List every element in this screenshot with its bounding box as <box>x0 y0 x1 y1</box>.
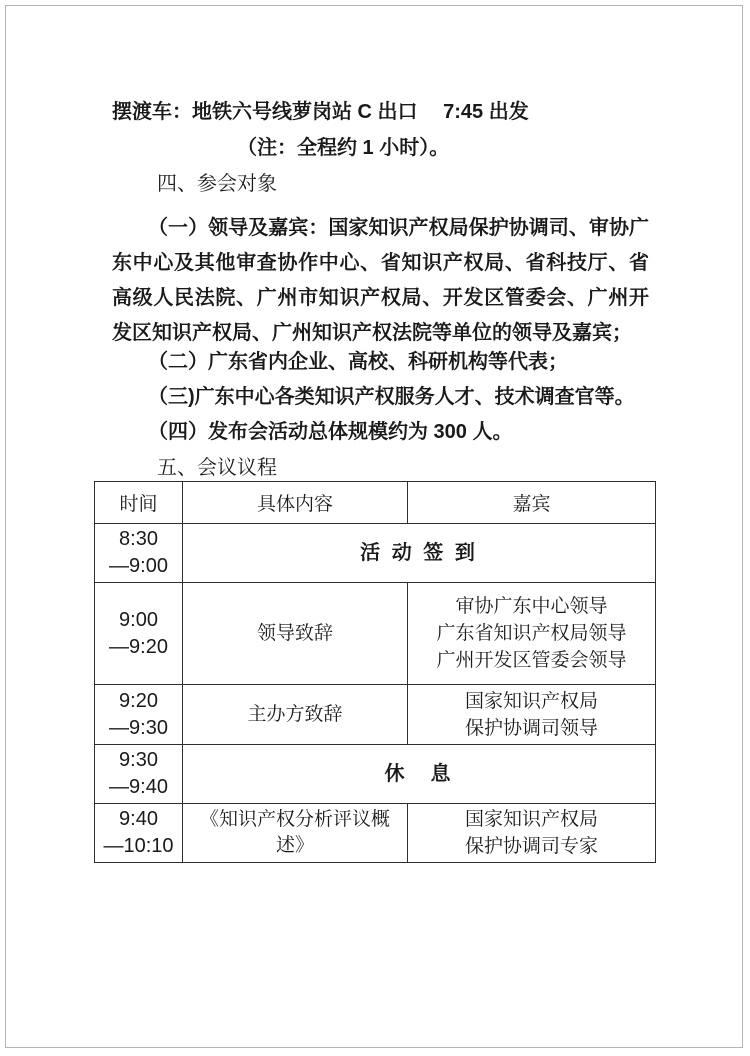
agenda-time-cell: 9:40 —10:10 <box>95 804 183 863</box>
agenda-content-cell: 《知识产权分析评议概述》 <box>183 804 408 863</box>
document-content: 摆渡车：地铁六号线萝岗站 C 出口 7:45 出发 （注：全程约 1 小时）。 … <box>6 6 742 863</box>
document-page: 摆渡车：地铁六号线萝岗站 C 出口 7:45 出发 （注：全程约 1 小时）。 … <box>5 5 743 1048</box>
agenda-time-cell: 9:00 —9:20 <box>95 583 183 685</box>
agenda-content-cell: 休 息 <box>183 745 656 804</box>
attendee-paragraph-4: （四）发布会活动总体规模约为 300 人。 <box>112 415 649 450</box>
agenda-header-content: 具体内容 <box>183 482 408 524</box>
agenda-row: 8:30 —9:00活 动 签 到 <box>95 524 656 583</box>
agenda-table-body: 8:30 —9:00活 动 签 到9:00 —9:20领导致辞审协广东中心领导 … <box>95 524 656 863</box>
agenda-header-time: 时间 <box>95 482 183 524</box>
agenda-guest-cell: 国家知识产权局 保护协调司领导 <box>408 685 656 745</box>
agenda-time-cell: 9:30 —9:40 <box>95 745 183 804</box>
agenda-row: 9:40 —10:10《知识产权分析评议概述》国家知识产权局 保护协调司专家 <box>95 804 656 863</box>
agenda-guest-cell: 国家知识产权局 保护协调司专家 <box>408 804 656 863</box>
agenda-header-guest: 嘉宾 <box>408 482 656 524</box>
agenda-row: 9:30 —9:40休 息 <box>95 745 656 804</box>
attendee-paragraph-3: （三)广东中心各类知识产权服务人才、技术调查官等。 <box>112 380 649 415</box>
attendee-paragraph-1: （一）领导及嘉宾：国家知识产权局保护协调司、审协广东中心及其他审查协作中心、省知… <box>112 211 649 351</box>
agenda-content-cell: 主办方致辞 <box>183 685 408 745</box>
agenda-row: 9:00 —9:20领导致辞审协广东中心领导 广东省知识产权局领导 广州开发区管… <box>95 583 656 685</box>
shuttle-info-line: 摆渡车：地铁六号线萝岗站 C 出口 7:45 出发 <box>112 94 649 130</box>
agenda-table: 时间 具体内容 嘉宾 8:30 —9:00活 动 签 到9:00 —9:20领导… <box>94 481 656 863</box>
agenda-time-cell: 9:20 —9:30 <box>95 685 183 745</box>
agenda-content-cell: 活 动 签 到 <box>183 524 656 583</box>
agenda-content-cell: 领导致辞 <box>183 583 408 685</box>
section-heading-attendees: 四、参会对象 <box>112 166 649 202</box>
shuttle-note-line: （注：全程约 1 小时）。 <box>112 130 649 166</box>
agenda-header-row: 时间 具体内容 嘉宾 <box>95 482 656 524</box>
agenda-table-header: 时间 具体内容 嘉宾 <box>95 482 656 524</box>
agenda-time-cell: 8:30 —9:00 <box>95 524 183 583</box>
agenda-guest-cell: 审协广东中心领导 广东省知识产权局领导 广州开发区管委会领导 <box>408 583 656 685</box>
agenda-row: 9:20 —9:30主办方致辞国家知识产权局 保护协调司领导 <box>95 685 656 745</box>
